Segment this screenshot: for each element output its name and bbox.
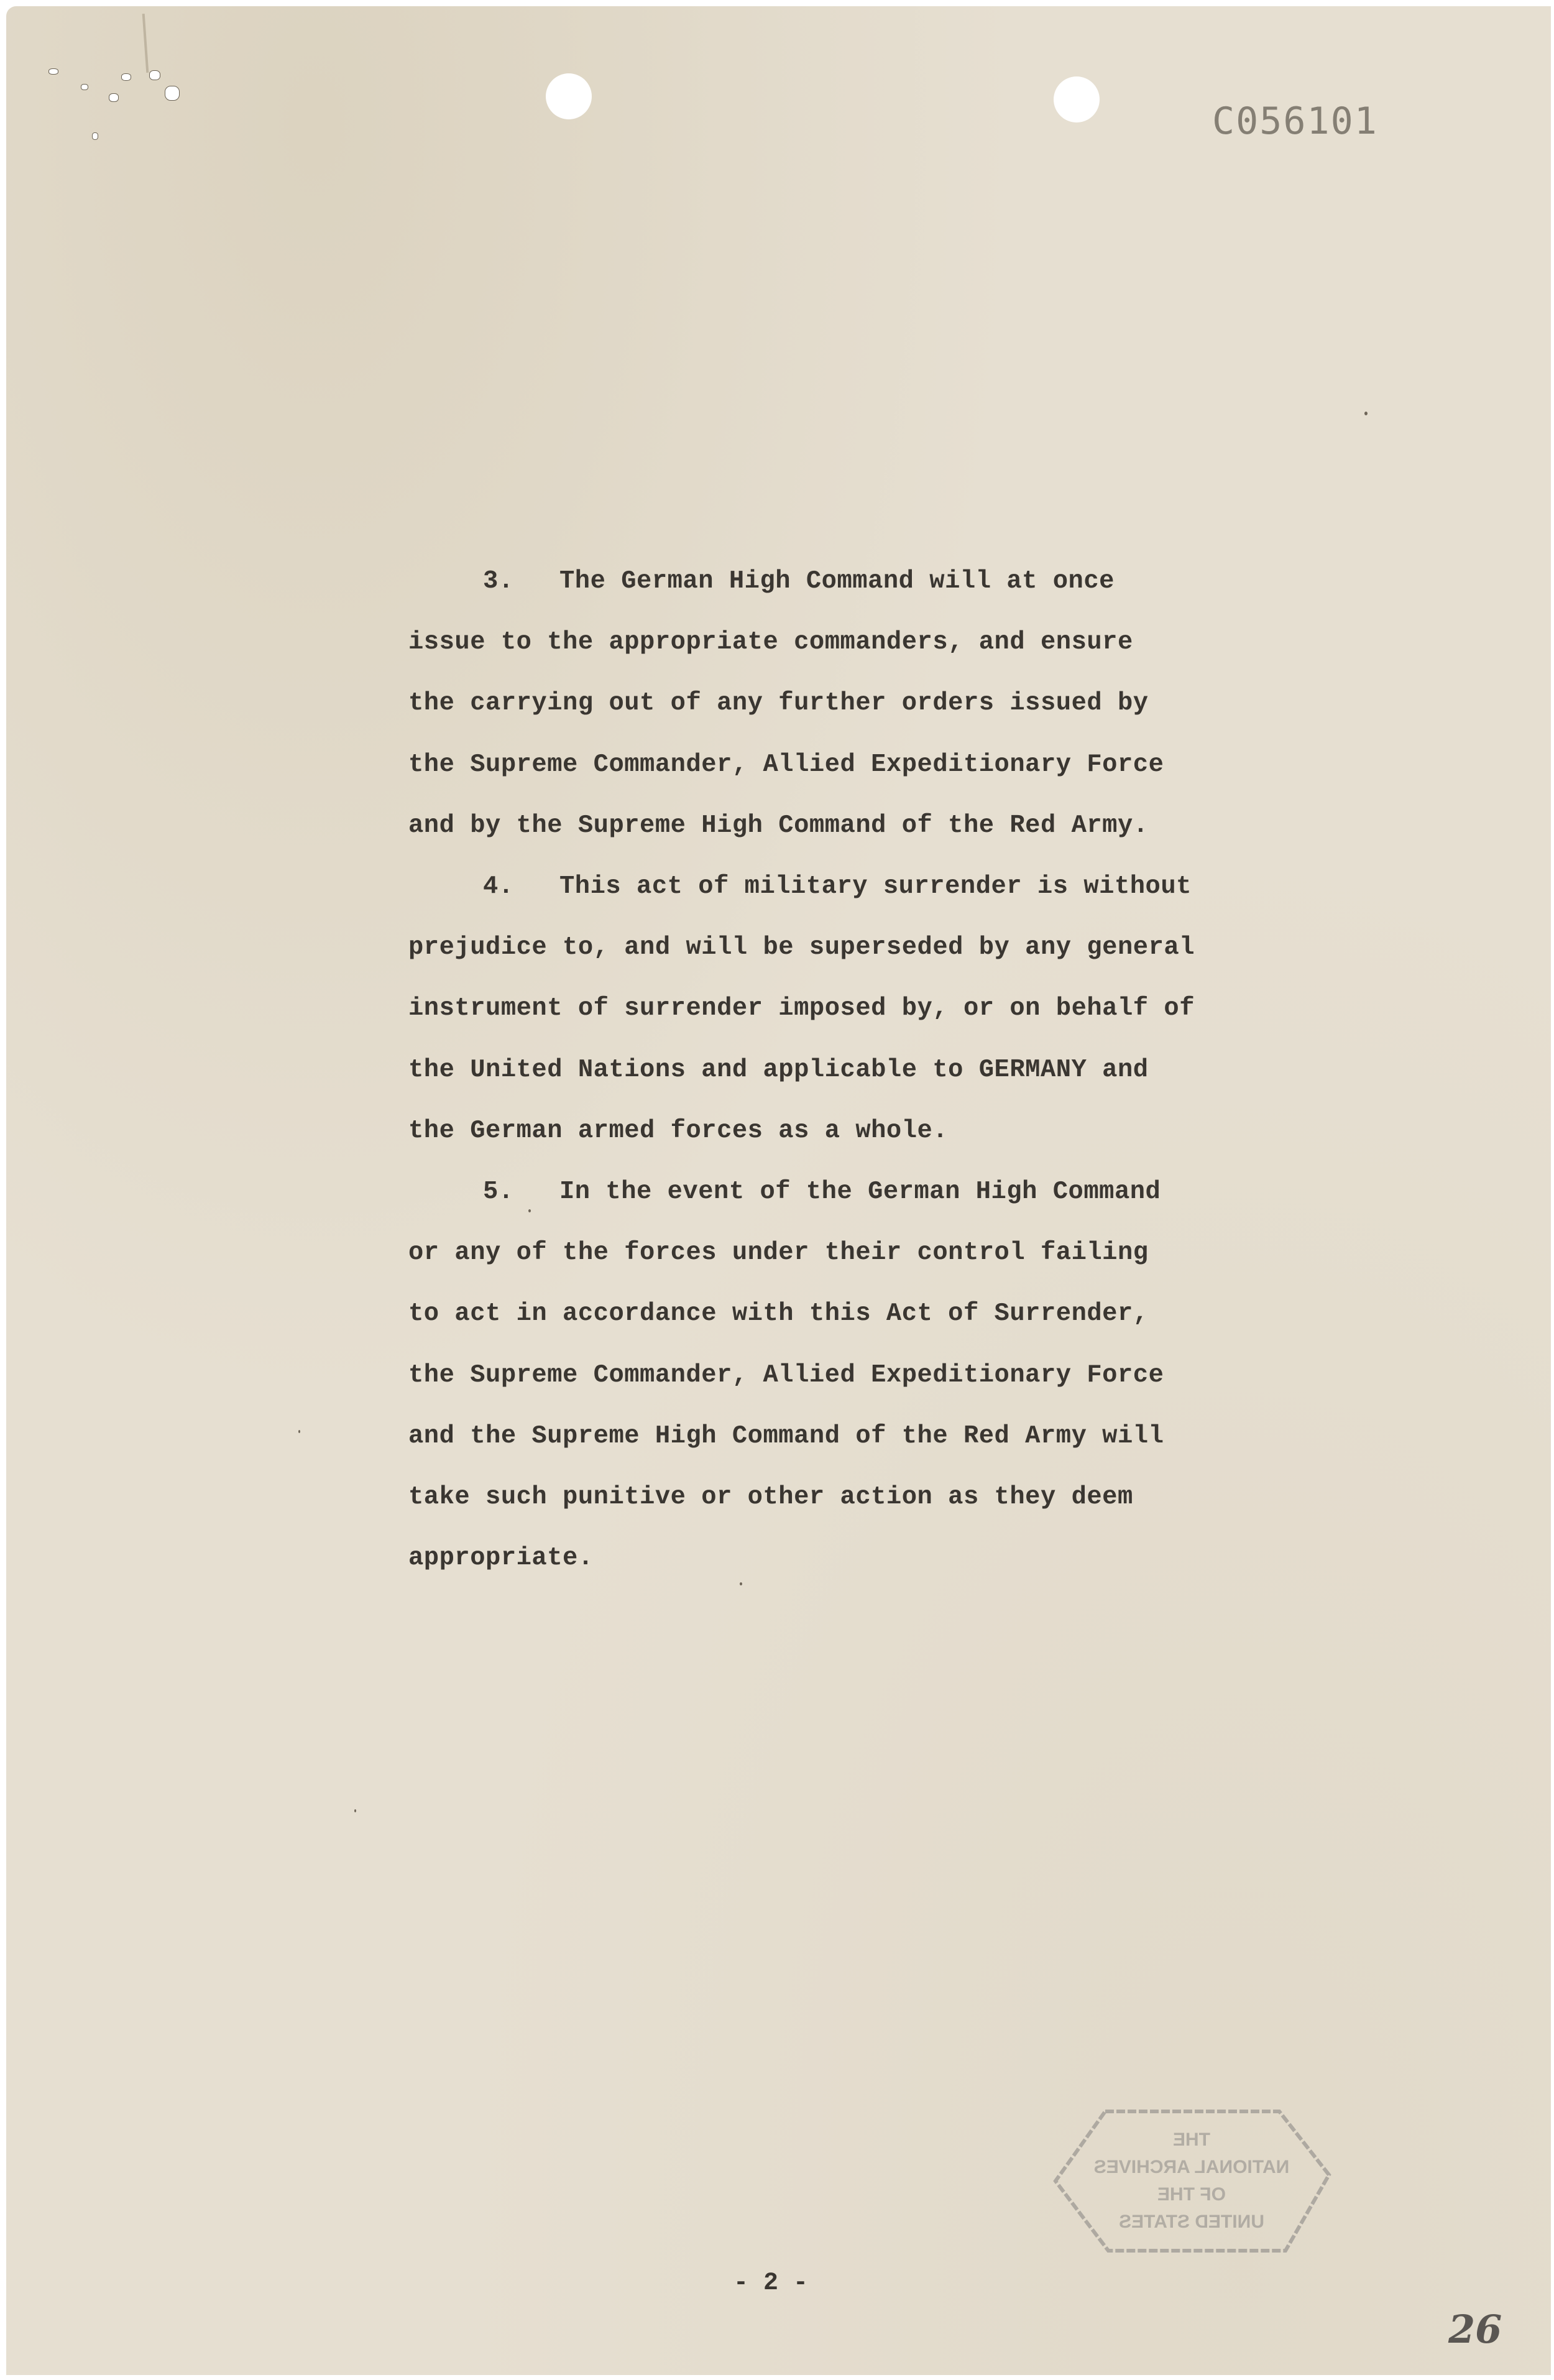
text-line: issue to the appropriate commanders, and… (408, 627, 1133, 658)
text-line: instrument of surrender imposed by, or o… (408, 993, 1195, 1024)
paper-speck (354, 1809, 356, 1812)
text-line: take such punitive or other action as th… (408, 1482, 1133, 1513)
stamp-line: OF THE (1157, 2181, 1226, 2208)
punch-hole-right (1054, 76, 1100, 122)
text-line: the carrying out of any further orders i… (408, 688, 1149, 719)
paper-speck (1364, 412, 1368, 415)
stamp-text: THE NATIONAL ARCHIVES OF THE UNITED STAT… (1049, 2106, 1334, 2256)
handwritten-folio-number: 26 (1448, 2307, 1502, 2352)
stamp-line: NATIONAL ARCHIVES (1094, 2154, 1289, 2181)
stamp-line: UNITED STATES (1119, 2208, 1264, 2236)
text-line: and the Supreme High Command of the Red … (408, 1421, 1164, 1452)
text-line: to act in accordance with this Act of Su… (408, 1298, 1149, 1329)
text-line: the German armed forces as a whole. (408, 1115, 948, 1146)
paragraph-number: 3. (483, 566, 514, 597)
text-line: The German High Command will at once (559, 566, 1115, 597)
text-line: or any of the forces under their control… (408, 1237, 1149, 1268)
punch-hole-left (546, 73, 592, 119)
control-number: C056101 (1212, 99, 1378, 143)
text-line: In the event of the German High Command (559, 1176, 1161, 1207)
stamp-line: THE (1173, 2126, 1210, 2154)
text-line: the Supreme Commander, Allied Expedition… (408, 1360, 1164, 1391)
paragraph-number: 4. (483, 871, 514, 902)
paragraph-number: 5. (483, 1176, 514, 1207)
text-line: the United Nations and applicable to GER… (408, 1054, 1149, 1086)
paper-speck (298, 1430, 300, 1433)
paper-speck (740, 1582, 742, 1585)
text-line: the Supreme Commander, Allied Expedition… (408, 749, 1164, 780)
page-number: - 2 - (733, 2269, 808, 2297)
paper-speck (528, 1209, 531, 1212)
archive-stamp: THE NATIONAL ARCHIVES OF THE UNITED STAT… (1049, 2106, 1334, 2256)
text-line: prejudice to, and will be superseded by … (408, 932, 1195, 963)
text-line: This act of military surrender is withou… (559, 871, 1192, 902)
text-line: and by the Supreme High Command of the R… (408, 810, 1149, 841)
document-page: C056101 3.The German High Command will a… (6, 6, 1551, 2375)
staple-holes (44, 62, 186, 143)
text-line: appropriate. (408, 1543, 594, 1574)
